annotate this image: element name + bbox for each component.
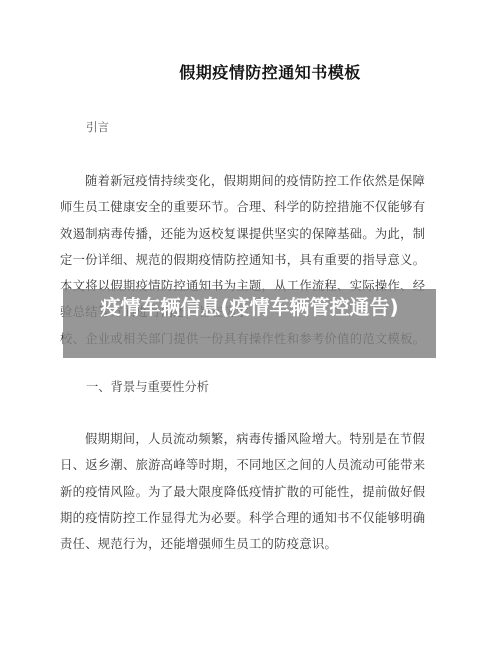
paragraph-line: 定一份详细、规范的假期疫情防控通知书，具有重要的指导意义。 [60,247,440,273]
overlay-title: 疫情车辆信息(疫情车辆管控通告) [63,295,436,320]
intro-label: 引言 [86,119,109,135]
paragraph-line: 日、返乡潮、旅游高峰等时期，不同地区之间的人员流动可能带来 [60,452,440,478]
paragraph-line: 责任、规范行为，还能增强师生员工的防疫意识。 [60,531,440,557]
paragraph-line: 新的疫情风险。为了最大限度降低疫情扩散的可能性，提前做好假 [60,479,440,505]
paragraph-line: 随着新冠疫情持续变化，假期期间的疫情防控工作依然是保障 [60,168,440,194]
section-1-paragraph: 假期期间，人员流动频繁，病毒传播风险增大。特别是在节假 日、返乡潮、旅游高峰等时… [60,426,440,557]
paragraph-line: 效遏制病毒传播，还能为返校复课提供坚实的保障基础。为此，制 [60,221,440,247]
document-title: 假期疫情防控通知书模板 [0,60,500,83]
paragraph-line: 期的疫情防控工作显得尤为必要。科学合理的通知书不仅能够明确 [60,505,440,531]
title-overlay-banner: 疫情车辆信息(疫情车辆管控通告) [63,289,436,358]
paragraph-line: 师生员工健康安全的重要环节。合理、科学的防控措施不仅能够有 [60,194,440,220]
section-heading: 一、背景与重要性分析 [86,377,209,395]
paragraph-line: 假期期间，人员流动频繁，病毒传播风险增大。特别是在节假 [60,426,440,452]
